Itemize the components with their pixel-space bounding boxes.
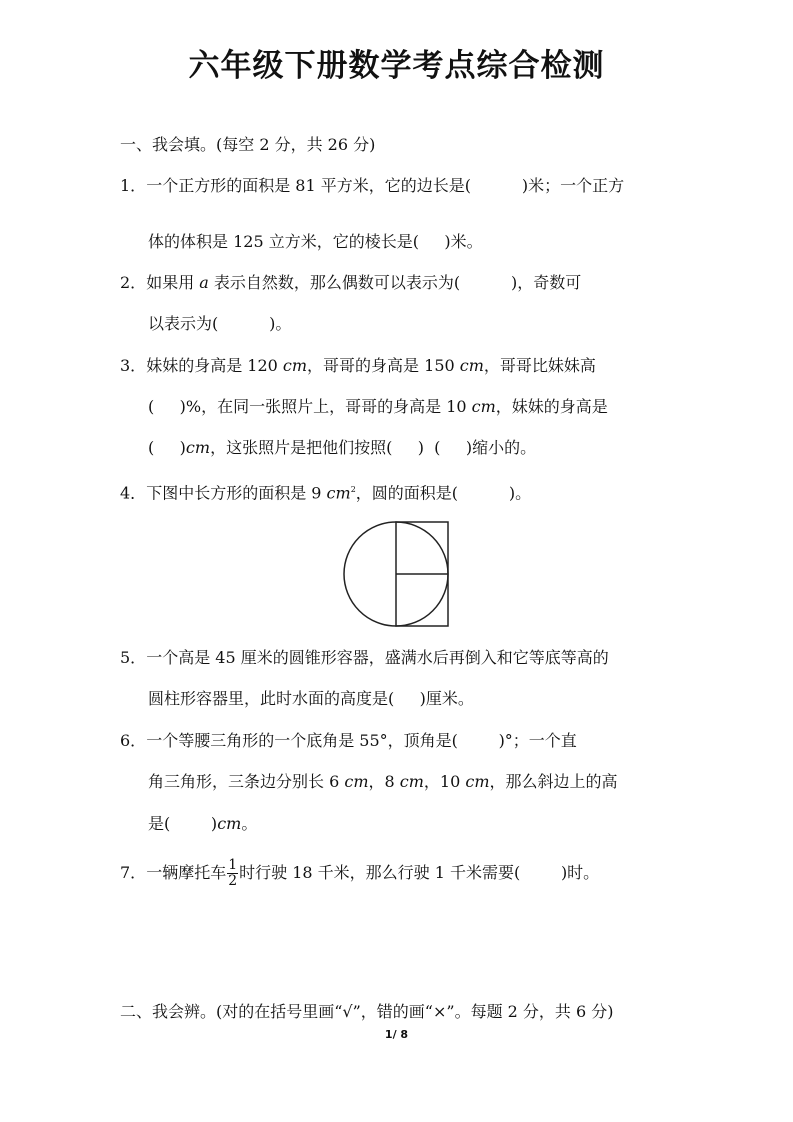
unit-cm: cm <box>465 772 489 791</box>
unit-cm: cm <box>460 356 484 375</box>
question-text: ( ) <box>148 438 186 457</box>
question-text: 。 <box>241 814 257 833</box>
question-text: 下图中长方形的面积是 9 <box>146 483 326 502</box>
question-text: 一个高是 45 厘米的圆锥形容器，盛满水后再倒入和它等底等高的 <box>146 648 609 667</box>
question-number: 2． <box>120 273 146 292</box>
question-6-line-1: 6．一个等腰三角形的一个底角是 55°，顶角是( )°；一个直 <box>120 731 577 751</box>
question-text: 角三角形，三条边分别长 6 <box>148 772 344 791</box>
question-6-line-2: 角三角形，三条边分别长 6 cm，8 cm，10 cm，那么斜边上的高 <box>148 772 618 792</box>
question-number: 3． <box>120 356 146 375</box>
question-text: 如果用 <box>146 273 199 292</box>
unit-cm: cm <box>344 772 368 791</box>
question-text: 妹妹的身高是 120 <box>146 356 283 375</box>
question-6-line-3: 是( )cm。 <box>148 814 257 834</box>
unit-cm: cm <box>327 483 351 502</box>
question-3-line-2: ( )%，在同一张照片上，哥哥的身高是 10 cm，妹妹的身高是 <box>148 397 608 417</box>
question-text: ，妹妹的身高是 <box>496 397 608 416</box>
question-2-line-1: 2．如果用 a 表示自然数，那么偶数可以表示为( )，奇数可 <box>120 273 581 293</box>
question-4-line-1: 4．下图中长方形的面积是 9 cm2，圆的面积是( )。 <box>120 480 531 503</box>
question-text: 时行驶 18 千米，那么行驶 1 千米需要( )时。 <box>239 863 599 882</box>
unit-cm: cm <box>400 772 424 791</box>
fraction-denominator: 2 <box>227 874 238 889</box>
question-text: 是( ) <box>148 814 217 833</box>
question-5-line-2: 圆柱形容器里，此时水面的高度是( )厘米。 <box>148 689 474 709</box>
question-2-line-2: 以表示为( )。 <box>148 314 291 334</box>
geometry-diagram <box>340 518 456 630</box>
question-5-line-1: 5．一个高是 45 厘米的圆锥形容器，盛满水后再倒入和它等底等高的 <box>120 648 609 668</box>
circle-rectangle-figure <box>340 518 456 634</box>
question-number: 4． <box>120 483 146 502</box>
unit-cm: cm <box>217 814 241 833</box>
question-text: 一个等腰三角形的一个底角是 55°，顶角是( )°；一个直 <box>146 731 577 750</box>
question-number: 1． <box>120 176 146 195</box>
question-number: 7． <box>120 863 146 882</box>
variable-a: a <box>199 273 209 292</box>
fraction-numerator: 1 <box>227 858 238 874</box>
question-text: ( )%，在同一张照片上，哥哥的身高是 10 <box>148 397 472 416</box>
question-text: ，10 <box>424 772 465 791</box>
question-7-line-1: 7．一辆摩托车12时行驶 18 千米，那么行驶 1 千米需要( )时。 <box>120 858 599 889</box>
question-text: ，哥哥的身高是 150 <box>307 356 460 375</box>
question-1-line-2: 体的体积是 125 立方米，它的棱长是( )米。 <box>148 232 483 252</box>
question-text: ，8 <box>369 772 400 791</box>
question-number: 6． <box>120 731 146 750</box>
question-text: ，这张照片是把他们按照( ) ( )缩小的。 <box>210 438 536 457</box>
page-number: 1/ 8 <box>0 1028 793 1041</box>
unit-cm: cm <box>283 356 307 375</box>
question-3-line-1: 3．妹妹的身高是 120 cm，哥哥的身高是 150 cm，哥哥比妹妹高 <box>120 356 596 376</box>
page-title: 六年级下册数学考点综合检测 <box>0 40 793 85</box>
question-number: 5． <box>120 648 146 667</box>
section-2-heading: 二、我会辨。(对的在括号里画“√”，错的画“×”。每题 2 分，共 6 分) <box>120 1002 614 1022</box>
question-text: ，那么斜边上的高 <box>490 772 618 791</box>
question-text: 表示自然数，那么偶数可以表示为( )，奇数可 <box>209 273 581 292</box>
question-text: ，哥哥比妹妹高 <box>484 356 596 375</box>
fraction-one-half: 12 <box>227 858 238 889</box>
section-1-heading: 一、我会填。(每空 2 分，共 26 分) <box>120 135 375 155</box>
question-3-line-3: ( )cm，这张照片是把他们按照( ) ( )缩小的。 <box>148 438 536 458</box>
unit-cm: cm <box>186 438 210 457</box>
question-text: 一个正方形的面积是 81 平方米，它的边长是( )米；一个正方 <box>146 176 624 195</box>
question-1-line-1: 1．一个正方形的面积是 81 平方米，它的边长是( )米；一个正方 <box>120 176 624 196</box>
question-text: 一辆摩托车 <box>146 863 226 882</box>
unit-cm: cm <box>472 397 496 416</box>
question-text: ，圆的面积是( )。 <box>356 483 531 502</box>
